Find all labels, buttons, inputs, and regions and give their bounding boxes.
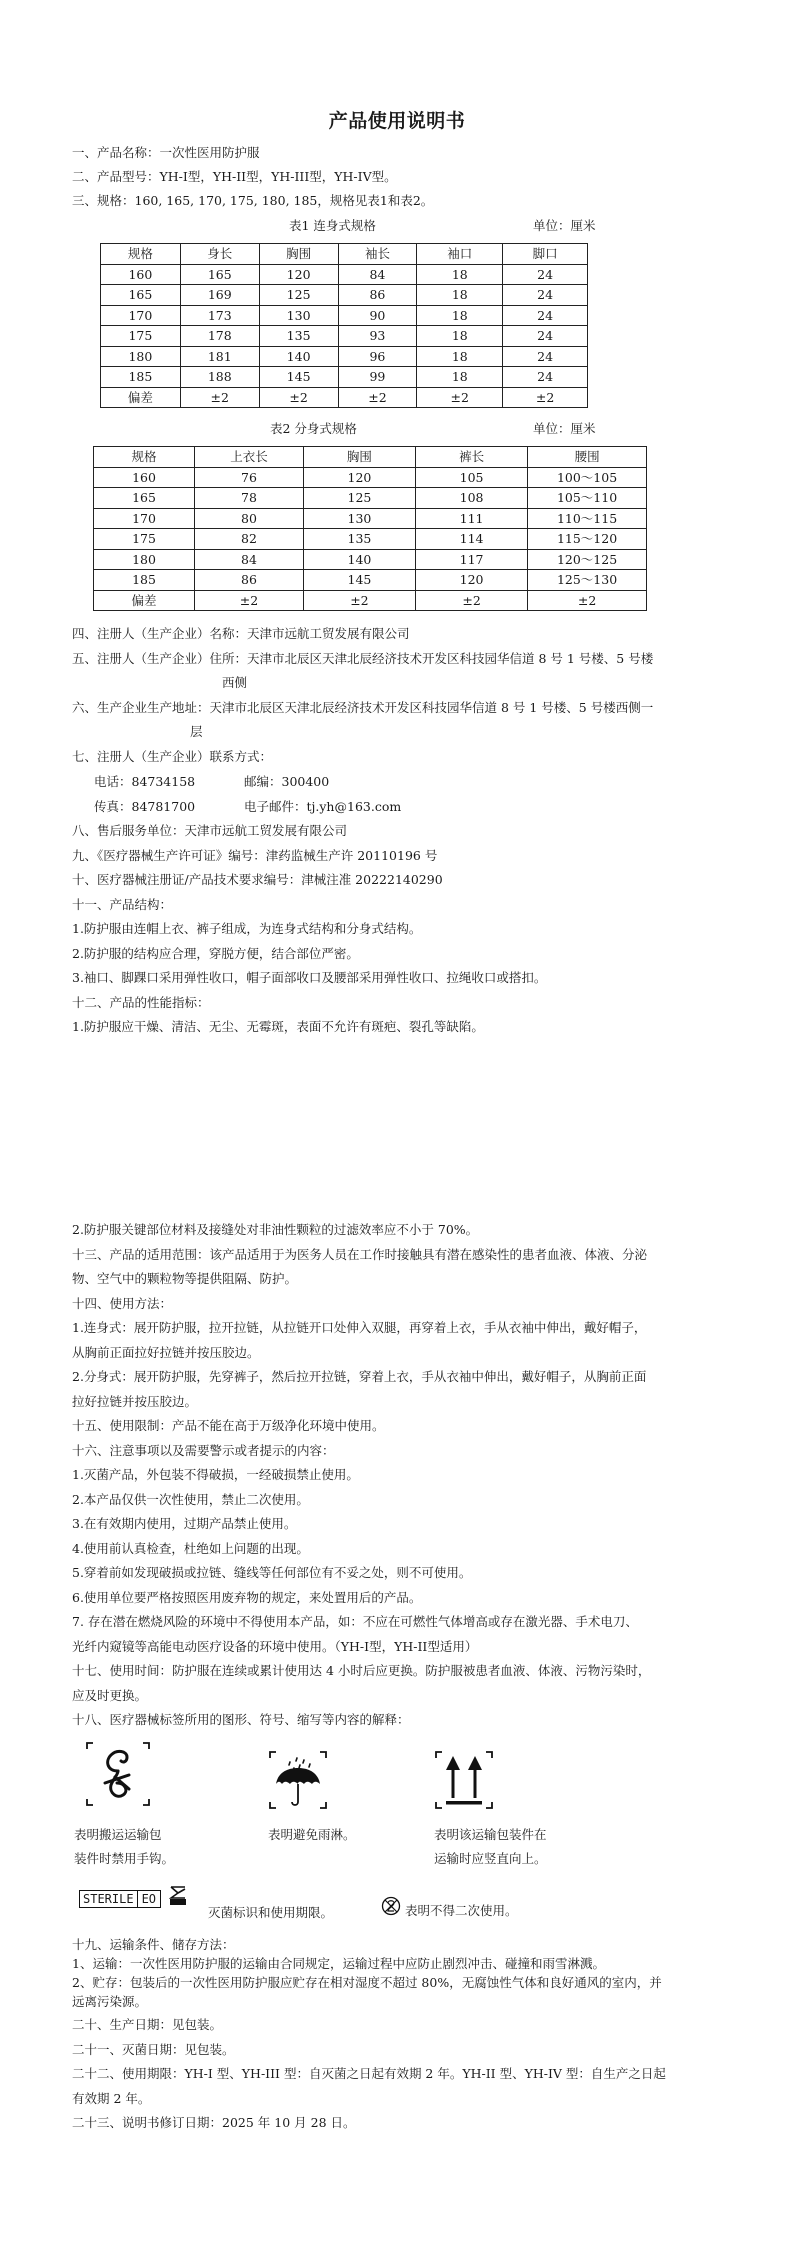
table-header-cell: 胸围 — [259, 244, 338, 265]
table-cell: 185 — [94, 570, 195, 591]
table-cell: ±2 — [338, 387, 417, 408]
caution-item-2: 2.本产品仅供一次性使用，禁止二次使用。 — [72, 1492, 309, 1508]
product-name: 一、产品名称：一次性医用防护服 — [72, 145, 260, 161]
expiry-period-cont: 有效期 2 年。 — [72, 2091, 150, 2107]
table-cell: 120 — [259, 264, 338, 285]
product-spec: 三、规格：160, 165, 170, 175, 180, 185，规格见表1和… — [72, 193, 433, 209]
table-cell: 24 — [503, 326, 588, 347]
table-row: 17582135114115～120 — [94, 529, 647, 550]
sterilization-date: 二十一、灭菌日期：见包装。 — [72, 2042, 235, 2058]
table-row: 175178135931824 — [101, 326, 588, 347]
table-header-cell: 规格 — [94, 447, 195, 468]
table-header-cell: 上衣长 — [195, 447, 304, 468]
table-cell: 82 — [195, 529, 304, 550]
storage-condition: 2、贮存：包装后的一次性医用防护服应贮存在相对湿度不超过 80%，无腐蚀性气体和… — [72, 1975, 662, 1991]
table-cell: 145 — [303, 570, 415, 591]
scope-of-use-cont: 物、空气中的颗粒物等提供阻隔、防护。 — [72, 1271, 297, 1287]
production-date: 二十、生产日期：见包装。 — [72, 2017, 222, 2033]
table-cell: ±2 — [417, 387, 503, 408]
contact-heading: 七、注册人（生产企业）联系方式： — [72, 749, 272, 765]
table-cell: 175 — [101, 326, 181, 347]
table-cell: 125 — [259, 285, 338, 306]
caution-item-6: 6.使用单位要严格按照医用废弃物的规定，来处置用后的产品。 — [72, 1590, 421, 1606]
table-header-cell: 裤长 — [416, 447, 528, 468]
table-cell: 18 — [417, 305, 503, 326]
table-cell: 24 — [503, 346, 588, 367]
storage-condition-cont: 远离污染源。 — [72, 1994, 147, 2010]
table-cell: 180 — [94, 549, 195, 570]
table-cell: 18 — [417, 264, 503, 285]
contact-phone: 电话：84734158 — [94, 774, 195, 790]
table-header-cell: 身长 — [180, 244, 259, 265]
table-cell: 165 — [180, 264, 259, 285]
table-cell: ±2 — [195, 590, 304, 611]
table-row: 偏差±2±2±2±2±2 — [101, 387, 588, 408]
table-row: 165169125861824 — [101, 285, 588, 306]
usage-time: 十七、使用时间：防护服在连续或累计使用达 4 小时后应更换。防护服被患者血液、体… — [72, 1663, 650, 1679]
cautions-heading: 十六、注意事项以及需要警示或者提示的内容： — [72, 1443, 335, 1459]
table-row: 偏差±2±2±2±2 — [94, 590, 647, 611]
table-cell: 140 — [259, 346, 338, 367]
table-cell: 178 — [180, 326, 259, 347]
contact-fax: 传真：84781700 — [94, 799, 195, 815]
production-license: 九、《医疗器械生产许可证》编号：津药监械生产许 20110196 号 — [72, 848, 437, 864]
table-cell: 185 — [101, 367, 181, 388]
table-cell: 18 — [417, 326, 503, 347]
expiry-period: 二十二、使用期限：YH-I 型、YH-III 型：自灭菌之日起有效期 2 年。Y… — [72, 2066, 666, 2082]
production-address-cont: 层 — [190, 724, 203, 740]
keep-dry-umbrella-icon — [268, 1750, 328, 1810]
registrant-name: 四、注册人（生产企业）名称：天津市远航工贸发展有限公司 — [72, 626, 410, 642]
structure-item-3: 3.袖口、脚踝口采用弹性收口，帽子面部收口及腰部采用弹性收口、拉绳收口或搭扣。 — [72, 970, 546, 986]
table-header-cell: 胸围 — [303, 447, 415, 468]
table-row: 180181140961824 — [101, 346, 588, 367]
do-not-reuse-label: 表明不得二次使用。 — [405, 1903, 518, 1919]
structure-item-1: 1.防护服由连帽上衣、裤子组成，为连身式结构和分身式结构。 — [72, 921, 421, 937]
table-cell: 18 — [417, 367, 503, 388]
table-cell: 175 — [94, 529, 195, 550]
table-cell: 99 — [338, 367, 417, 388]
table-cell: 125～130 — [528, 570, 647, 591]
table1-caption: 表1 连身式规格 — [289, 218, 376, 234]
table-cell: 188 — [180, 367, 259, 388]
table-cell: 84 — [338, 264, 417, 285]
table-header-cell: 脚口 — [503, 244, 588, 265]
table-cell: 120～125 — [528, 549, 647, 570]
no-hand-hooks-icon — [85, 1741, 151, 1807]
table-cell: 偏差 — [101, 387, 181, 408]
table-cell: 169 — [180, 285, 259, 306]
scope-of-use: 十三、产品的适用范围：该产品适用于为医务人员在工作时接触具有潜在感染性的患者血液… — [72, 1247, 647, 1263]
hourglass-expiry-icon — [169, 1885, 187, 1907]
eo-text: EO — [138, 1891, 160, 1907]
this-way-up-label-cont: 运输时应竖直向上。 — [434, 1851, 547, 1867]
table-cell: 180 — [101, 346, 181, 367]
usage-two-piece-cont: 拉好拉链并按压胶边。 — [72, 1394, 197, 1410]
table-cell: 160 — [101, 264, 181, 285]
table-cell: 130 — [303, 508, 415, 529]
contact-postcode: 邮编：300400 — [244, 774, 329, 790]
table-cell: 165 — [101, 285, 181, 306]
table-row: 17080130111110～115 — [94, 508, 647, 529]
caution-item-7-cont: 光纤内窥镜等高能电动医疗设备的环境中使用。（YH-I型，YH-II型适用） — [72, 1639, 477, 1655]
table-cell: 165 — [94, 488, 195, 509]
table-cell: 105～110 — [528, 488, 647, 509]
table-row: 18586145120125～130 — [94, 570, 647, 591]
table-cell: 140 — [303, 549, 415, 570]
production-address: 六、生产企业生产地址：天津市北辰区天津北辰经济技术开发区科技园华信道 8 号 1… — [72, 700, 653, 716]
usage-limit: 十五、使用限制：产品不能在高于万级净化环境中使用。 — [72, 1418, 385, 1434]
table-header-cell: 腰围 — [528, 447, 647, 468]
structure-item-2: 2.防护服的结构应合理，穿脱方便，结合部位严密。 — [72, 946, 359, 962]
table-cell: 117 — [416, 549, 528, 570]
performance-item-1: 1.防护服应干燥、清洁、无尘、无霉斑，表面不允许有斑疤、裂孔等缺陷。 — [72, 1019, 484, 1035]
sterile-desc-label: 灭菌标识和使用期限。 — [208, 1905, 333, 1921]
caution-item-5: 5.穿着前如发现破损或拉链、缝线等任何部位有不妥之处，则不可使用。 — [72, 1565, 471, 1581]
table-cell: 80 — [195, 508, 304, 529]
table2-caption: 表2 分身式规格 — [270, 421, 357, 437]
table-cell: 160 — [94, 467, 195, 488]
keep-dry-label: 表明避免雨淋。 — [268, 1827, 356, 1843]
table-row: 18084140117120～125 — [94, 549, 647, 570]
table-cell: 120 — [416, 570, 528, 591]
table-cell: 偏差 — [94, 590, 195, 611]
table-cell: 170 — [94, 508, 195, 529]
table-cell: 24 — [503, 264, 588, 285]
caution-item-3: 3.在有效期内使用，过期产品禁止使用。 — [72, 1516, 296, 1532]
table-row: 185188145991824 — [101, 367, 588, 388]
table-cell: 105 — [416, 467, 528, 488]
table2-two-piece-spec: 规格上衣长胸围裤长腰围16076120105100～10516578125108… — [93, 446, 647, 611]
structure-heading: 十一、产品结构： — [72, 897, 172, 913]
table-cell: 86 — [195, 570, 304, 591]
table-cell: 130 — [259, 305, 338, 326]
table-row: 16578125108105～110 — [94, 488, 647, 509]
table-cell: 100～105 — [528, 467, 647, 488]
after-sales: 八、售后服务单位：天津市远航工贸发展有限公司 — [72, 823, 347, 839]
table2-unit: 单位：厘米 — [533, 421, 596, 437]
table-cell: 96 — [338, 346, 417, 367]
symbols-heading: 十八、医疗器械标签所用的图形、符号、缩写等内容的解释： — [72, 1712, 410, 1728]
registration-number: 十、医疗器械注册证/产品技术要求编号：津械注准 20222140290 — [72, 872, 443, 888]
product-model: 二、产品型号：YH-I型，YH-II型，YH-III型，YH-IV型。 — [72, 169, 397, 185]
table-cell: 145 — [259, 367, 338, 388]
table-cell: 173 — [180, 305, 259, 326]
table-cell: ±2 — [528, 590, 647, 611]
usage-two-piece: 2.分身式：展开防护服，先穿裤子，然后拉开拉链，穿着上衣，手从衣袖中伸出，戴好帽… — [72, 1369, 646, 1385]
table-cell: 93 — [338, 326, 417, 347]
revision-date: 二十三、说明书修订日期：2025 年 10 月 28 日。 — [72, 2115, 356, 2131]
this-way-up-arrows-icon — [434, 1750, 494, 1810]
transport-storage-heading: 十九、运输条件、储存方法： — [72, 1937, 235, 1953]
table-cell: 24 — [503, 367, 588, 388]
usage-one-piece-cont: 从胸前正面拉好拉链并按压胶边。 — [72, 1345, 260, 1361]
caution-item-1: 1.灭菌产品，外包装不得破损，一经破损禁止使用。 — [72, 1467, 359, 1483]
performance-item-2: 2.防护服关键部位材料及接缝处对非油性颗粒的过滤效率应不小于 70%。 — [72, 1222, 478, 1238]
table-header-cell: 袖口 — [417, 244, 503, 265]
table-cell: 24 — [503, 285, 588, 306]
table-cell: ±2 — [303, 590, 415, 611]
table-cell: 135 — [303, 529, 415, 550]
table-cell: 76 — [195, 467, 304, 488]
table-row: 16076120105100～105 — [94, 467, 647, 488]
sterile-text: STERILE — [80, 1891, 138, 1907]
usage-heading: 十四、使用方法： — [72, 1296, 172, 1312]
table-header-row: 规格上衣长胸围裤长腰围 — [94, 447, 647, 468]
performance-heading: 十二、产品的性能指标： — [72, 995, 210, 1011]
table-cell: 86 — [338, 285, 417, 306]
table-cell: 90 — [338, 305, 417, 326]
this-way-up-label: 表明该运输包装件在 — [434, 1827, 547, 1843]
table-cell: 18 — [417, 285, 503, 306]
table-cell: 110～115 — [528, 508, 647, 529]
table-row: 160165120841824 — [101, 264, 588, 285]
table-cell: 78 — [195, 488, 304, 509]
registrant-address-cont: 西侧 — [222, 675, 247, 691]
sterile-eo-icon: STERILE EO — [79, 1890, 161, 1908]
table-cell: 135 — [259, 326, 338, 347]
table-cell: 170 — [101, 305, 181, 326]
table-cell: 120 — [303, 467, 415, 488]
table1-one-piece-spec: 规格身长胸围袖长袖口脚口1601651208418241651691258618… — [100, 243, 588, 408]
do-not-reuse-icon — [381, 1896, 401, 1916]
table-cell: 181 — [180, 346, 259, 367]
table-header-row: 规格身长胸围袖长袖口脚口 — [101, 244, 588, 265]
caution-item-4: 4.使用前认真检查，杜绝如上问题的出现。 — [72, 1541, 309, 1557]
table-cell: 111 — [416, 508, 528, 529]
table-cell: 108 — [416, 488, 528, 509]
table-cell: 24 — [503, 305, 588, 326]
table1-unit: 单位：厘米 — [533, 218, 596, 234]
table-cell: ±2 — [180, 387, 259, 408]
registrant-address: 五、注册人（生产企业）住所：天津市北辰区天津北辰经济技术开发区科技园华信道 8 … — [72, 651, 653, 667]
caution-item-7: 7. 存在潜在燃烧风险的环境中不得使用本产品，如：不应在可燃性气体增高或存在激光… — [72, 1614, 638, 1630]
transport-condition: 1、运输：一次性医用防护服的运输由合同规定，运输过程中应防止剧烈冲击、碰撞和雨雪… — [72, 1956, 605, 1972]
table-cell: 18 — [417, 346, 503, 367]
page-title: 产品使用说明书 — [0, 106, 794, 133]
usage-time-cont: 应及时更换。 — [72, 1688, 147, 1704]
table-cell: 114 — [416, 529, 528, 550]
no-hand-hooks-label: 表明搬运运输包 — [74, 1827, 162, 1843]
no-hand-hooks-label-cont: 装件时禁用手钩。 — [74, 1851, 174, 1867]
table-cell: ±2 — [416, 590, 528, 611]
table-cell: 125 — [303, 488, 415, 509]
table-cell: ±2 — [503, 387, 588, 408]
table-row: 170173130901824 — [101, 305, 588, 326]
table-cell: 84 — [195, 549, 304, 570]
usage-one-piece: 1.连身式：展开防护服，拉开拉链，从拉链开口处伸入双腿，再穿着上衣，手从衣袖中伸… — [72, 1320, 646, 1336]
contact-email: 电子邮件：tj.yh@163.com — [244, 799, 401, 815]
table-header-cell: 规格 — [101, 244, 181, 265]
table-header-cell: 袖长 — [338, 244, 417, 265]
table-cell: ±2 — [259, 387, 338, 408]
table-cell: 115～120 — [528, 529, 647, 550]
